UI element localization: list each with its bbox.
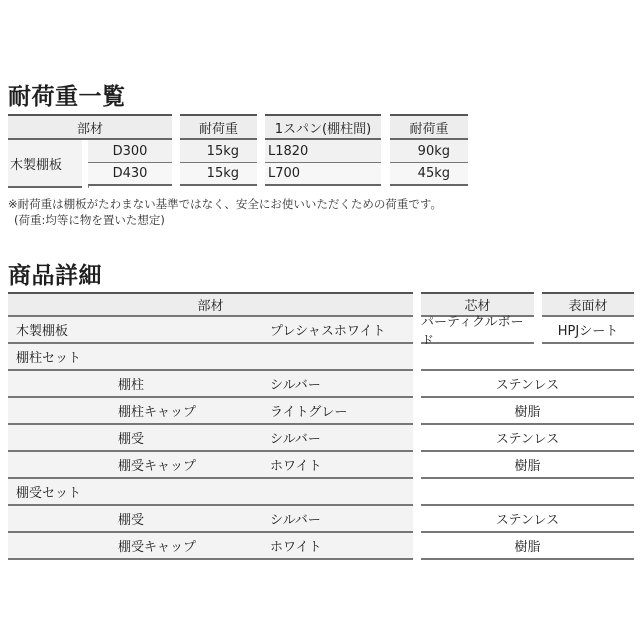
shelf-core: パーティクルボード [421, 317, 534, 344]
item-color: ホワイト [270, 455, 322, 474]
item-row: 棚受キャップ ホワイト [8, 533, 413, 560]
part-color: プレシャスホワイト [270, 320, 386, 339]
span-load-value: 45kg [390, 163, 468, 186]
item-color: シルバー [270, 509, 321, 528]
group-row: 棚受セット [8, 479, 413, 506]
shelf-row: 木製棚板 プレシャスホワイト [8, 317, 413, 344]
load-note-sub: (荷重:均等に物を置いた想定) [14, 212, 165, 228]
material-block: ステンレス 樹脂 ステンレス 樹脂 ステンレス 樹脂 [421, 344, 634, 560]
item-material: 樹脂 [421, 398, 634, 425]
detail-table-core-column: 芯材 パーティクルボード [421, 292, 534, 344]
header-surface: 表面材 [542, 292, 634, 317]
part-name: 木製棚板 [16, 320, 68, 339]
item-color: シルバー [270, 374, 321, 393]
group-material-empty [421, 479, 634, 506]
item-row: 棚柱 シルバー [8, 371, 413, 398]
item-material: 樹脂 [421, 452, 634, 479]
load-value: 15kg [180, 140, 257, 163]
header-load: 耐荷重 [180, 114, 257, 140]
item-material: ステンレス [421, 506, 634, 533]
load-value: 15kg [180, 163, 257, 186]
span-value: L1820 [265, 140, 381, 163]
item-color: ライトグレー [270, 401, 347, 420]
header-span-load: 耐荷重 [390, 114, 468, 140]
load-table-part-column: 部材 木製棚板 D300 D430 [8, 114, 172, 188]
load-table-span-column: 1スパン(棚柱間) L1820 L700 [265, 114, 381, 186]
span-value: L700 [265, 163, 381, 186]
detail-table-part-column: 部材 木製棚板 プレシャスホワイト 棚柱セット 棚柱 シルバー 棚柱キャップ ラ… [8, 292, 413, 560]
item-name: 棚柱キャップ [118, 401, 196, 420]
load-note: ※耐荷重は棚板がたわまない基準ではなく、安全にお使いいただくための荷重です。 [8, 196, 442, 212]
depth-d430: D430 [88, 163, 172, 186]
item-row: 棚柱キャップ ライトグレー [8, 398, 413, 425]
item-material: ステンレス [421, 371, 634, 398]
group-name: 棚柱セット [16, 347, 81, 366]
load-section-title: 耐荷重一覧 [8, 78, 126, 111]
item-row: 棚受 シルバー [8, 425, 413, 452]
group-name: 棚受セット [16, 482, 81, 501]
item-row: 棚受 シルバー [8, 506, 413, 533]
load-table-load-column: 耐荷重 15kg 15kg [180, 114, 257, 186]
detail-table-surface-column: 表面材 HPJシート [542, 292, 634, 344]
item-row: 棚受キャップ ホワイト [8, 452, 413, 479]
item-name: 棚柱 [118, 374, 144, 393]
item-material: 樹脂 [421, 533, 634, 560]
detail-section-title: 商品詳細 [8, 257, 102, 290]
item-color: ホワイト [270, 536, 322, 555]
item-name: 棚受 [118, 509, 144, 528]
depth-d300: D300 [88, 140, 172, 163]
shelf-surface: HPJシート [542, 317, 634, 344]
group-row: 棚柱セット [8, 344, 413, 371]
item-color: シルバー [270, 428, 321, 447]
item-name: 棚受キャップ [118, 536, 196, 555]
load-table-span-load-column: 耐荷重 90kg 45kg [390, 114, 468, 186]
item-name: 棚受 [118, 428, 144, 447]
item-material: ステンレス [421, 425, 634, 452]
header-part: 部材 [8, 114, 172, 140]
span-load-value: 90kg [390, 140, 468, 163]
depth-cells: D300 D430 [88, 140, 172, 186]
item-name: 棚受キャップ [118, 455, 196, 474]
group-material-empty [421, 344, 634, 371]
header-part: 部材 [8, 292, 413, 317]
part-name: 木製棚板 [8, 140, 82, 188]
header-span: 1スパン(棚柱間) [265, 114, 381, 140]
